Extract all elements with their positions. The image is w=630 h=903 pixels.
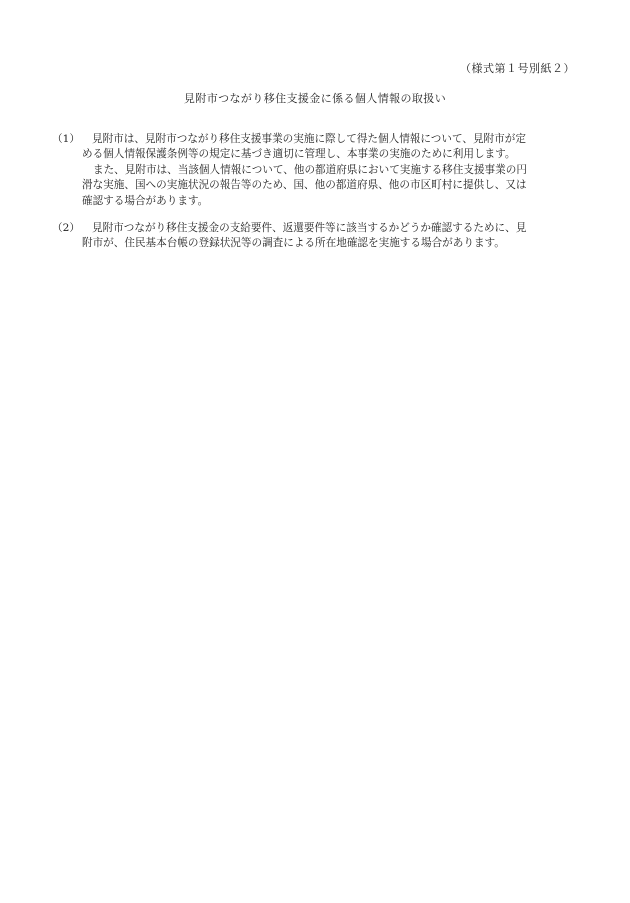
clause-1-line-4: 滑な実施、国への実施状況の報告等のため、国、他の都道府県、他の市区町村に提供し、… — [82, 178, 578, 193]
clause-1-line-1: 見附市は、見附市つながり移住支援事業の実施に際して得た個人情報について、見附市が… — [82, 132, 578, 147]
clause-1: （1） 見附市は、見附市つながり移住支援事業の実施に際して得た個人情報について、… — [52, 132, 578, 209]
clause-1-line-5: 確認する場合があります。 — [82, 194, 578, 209]
clause-2-line-1: 見附市つながり移住支援金の支給要件、返還要件等に該当するかどうか確認するために、… — [82, 221, 578, 236]
clause-1-line-2: める個人情報保護条例等の規定に基づき適切に管理し、本事業の実施のために利用します… — [82, 147, 578, 162]
document-page: （様式第１号別紙２） 見附市つながり移住支援金に係る個人情報の取扱い （1） 見… — [0, 0, 630, 903]
clause-2-line-2: 附市が、住民基本台帳の登録状況等の調査による所在地確認を実施する場合があります。 — [82, 236, 578, 251]
clause-1-line-3: また、見附市は、当該個人情報について、他の都道府県において実施する移住支援事業の… — [82, 163, 578, 178]
clause-2: （2） 見附市つながり移住支援金の支給要件、返還要件等に該当するかどうか確認する… — [52, 221, 578, 252]
document-title: 見附市つながり移住支援金に係る個人情報の取扱い — [0, 92, 630, 106]
clause-2-number: （2） — [52, 221, 80, 236]
clause-1-body: 見附市は、見附市つながり移住支援事業の実施に際して得た個人情報について、見附市が… — [82, 132, 578, 209]
form-number-label: （様式第１号別紙２） — [460, 62, 575, 76]
clause-1-number: （1） — [52, 132, 80, 147]
clause-2-body: 見附市つながり移住支援金の支給要件、返還要件等に該当するかどうか確認するために、… — [82, 221, 578, 252]
